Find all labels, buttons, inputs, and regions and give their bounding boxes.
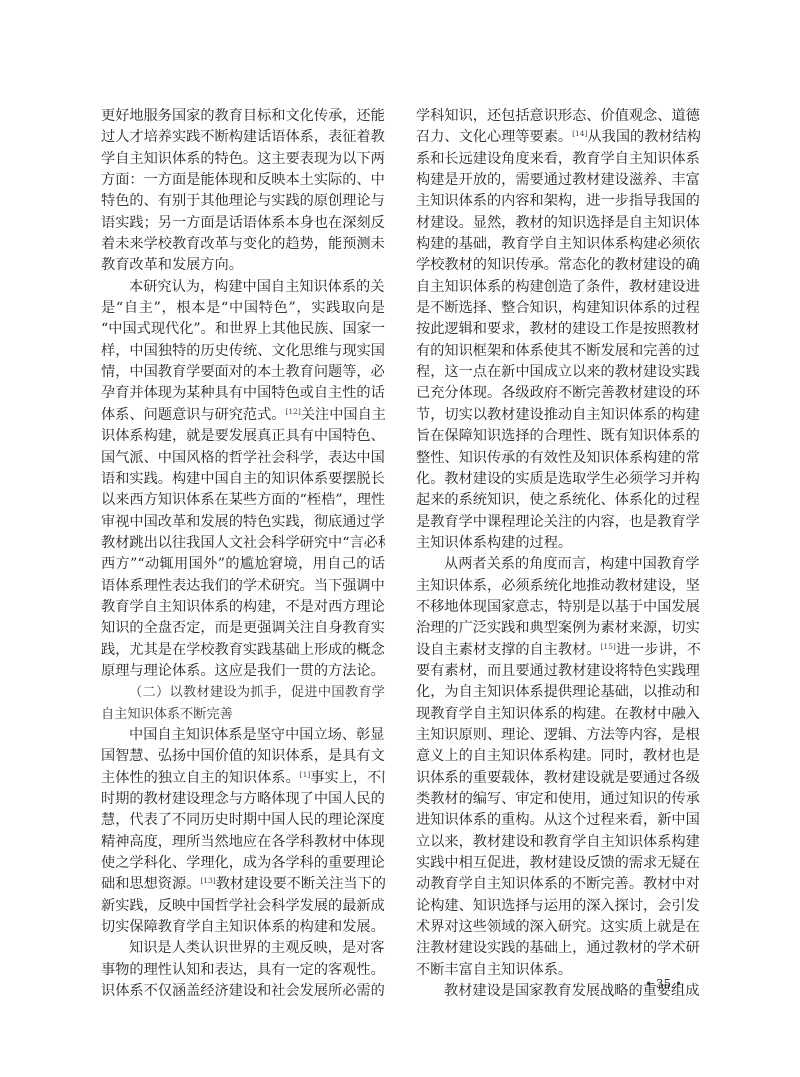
line-text: 更好地服务国家的教育目标和文化传承，还能通 xyxy=(101,108,385,124)
line-text: 主知识原则、理论、逻辑、方法等内容，是根本 xyxy=(416,727,700,743)
line-text: 践，尤其是在学校教育实践基础上形成的概念、 xyxy=(101,642,385,658)
line-text: 国气派、中国风格的哲学社会科学，表达中国话 xyxy=(101,450,385,466)
line-text: 着未来学校教育改革与变化的趋势，能预测未来 xyxy=(101,236,385,252)
line-text: 事物的理性认知和表达，具有一定的客观性。知 xyxy=(101,962,385,978)
text-line: 动教育学自主知识体系的不断完善。教材中对理 xyxy=(416,874,700,895)
text-line: 程，这一点在新中国成立以来的教材建设实践中 xyxy=(416,362,700,383)
line-text: 是不断选择、整合知识，构建知识体系的过程。 xyxy=(416,300,700,316)
line-text: 按此逻辑和要求，教材的建设工作是按照教材既 xyxy=(416,321,700,337)
line-text: 旨在保障知识选择的合理性、既有知识体系的完 xyxy=(416,428,700,444)
line-text: 实践中相互促进，教材建设反馈的需求无疑在推 xyxy=(416,855,700,871)
line-text: 础和思想资源。 xyxy=(101,876,200,892)
line-text: 国智慧、弘扬中国价值的知识体系，是具有文化 xyxy=(101,748,385,764)
text-line: 现教育学自主知识体系的构建。在教材中融入自 xyxy=(416,704,700,725)
line-text: 语实践；另一方面是话语体系本身也在深刻反映 xyxy=(101,215,385,231)
line-text: 语体系理性表达我们的学术研究。当下强调中国 xyxy=(101,578,385,594)
text-line: 时期的教材建设理念与方略体现了中国人民的智 xyxy=(101,789,385,810)
line-text: 识体系的重要载体，教材建设就是要通过各级各 xyxy=(416,770,700,786)
line-text: 构建是开放的，需要通过教材建设滋养、丰富自 xyxy=(416,172,700,188)
line-text: 新实践，反映中国哲学社会科学发展的最新成果， xyxy=(101,898,385,914)
text-line: 识体系不仅涵盖经济建设和社会发展所必需的各 xyxy=(101,981,385,1002)
text-line: 是教育学中课程理论关注的内容，也是教育学自 xyxy=(416,512,700,533)
text-line: 类教材的编写、审定和使用，通过知识的传承促 xyxy=(416,789,700,810)
line-text: 要有素材，而且要通过教材建设将特色实践理论 xyxy=(416,663,700,679)
citation-marker: [14] xyxy=(572,129,587,138)
line-text: 术界对这些领域的深入研究。这实质上就是在关 xyxy=(416,919,700,935)
line-text: 自主知识体系的构建创造了条件，教材建设进程 xyxy=(416,279,700,295)
text-line: 材建设。显然，教材的知识选择是自主知识体系 xyxy=(416,213,700,234)
text-line: 以来西方知识体系在某些方面的“桎梏”，理性 xyxy=(101,490,385,511)
text-line: 识体系的重要载体，教材建设就是要通过各级各 xyxy=(416,768,700,789)
text-line: “中国式现代化”。和世界上其他民族、国家一 xyxy=(101,319,385,340)
line-text: 整性、知识传承的有效性及知识体系构建的常态 xyxy=(416,450,700,466)
line-text: 学科知识，还包括意识形态、价值观念、道德感 xyxy=(416,108,700,124)
line-text: 方面：一方面是能体现和反映本土实际的、中国 xyxy=(101,172,385,188)
text-line: 学校教材的知识传承。常态化的教材建设的确为 xyxy=(416,255,700,276)
line-text: 起来的系统知识，使之系统化、体系化的过程， xyxy=(416,492,700,508)
text-line: 教材跳出以往我国人文社会科学研究中“言必称 xyxy=(101,533,385,554)
line-text: 教育学自主知识体系的构建，不是对西方理论和 xyxy=(101,599,385,615)
page-number: • 35 • xyxy=(645,977,682,991)
text-line: 特色的、有别于其他理论与实践的原创理论与话 xyxy=(101,191,385,212)
line-text: 动教育学自主知识体系的不断完善。教材中对理 xyxy=(416,876,700,892)
line-text: 知识是人类认识世界的主观反映，是对客观 xyxy=(129,940,385,956)
line-text: 主知识体系，必须系统化地推动教材建设，坚定 xyxy=(416,578,700,594)
line-text: 学校教材的知识传承。常态化的教材建设的确为 xyxy=(416,257,700,273)
line-text: 原理与理论体系。这应是我们一贯的方法论。 xyxy=(101,663,385,679)
text-line: 设自主素材支撑的自主教材。[15]进一步讲，不仅 xyxy=(416,640,700,661)
line-text: 意义上的自主知识体系构建。同时，教材也是知 xyxy=(416,748,700,764)
line-text: 精神高度，理所当然地应在各学科教材中体现， xyxy=(101,834,385,850)
text-line: 是不断选择、整合知识，构建知识体系的过程。 xyxy=(416,298,700,319)
text-line: 方面：一方面是能体现和反映本土实际的、中国 xyxy=(101,170,385,191)
line-text-continued: 事实上，不同 xyxy=(310,770,385,786)
line-text: 特色的、有别于其他理论与实践的原创理论与话 xyxy=(101,193,385,209)
line-text: 主体性的独立自主的知识体系。 xyxy=(101,770,300,786)
section-heading-line: （二）以教材建设为抓手，促进中国教育学 xyxy=(101,682,385,703)
text-line: 使之学科化、学理化，成为各学科的重要理论基 xyxy=(101,853,385,874)
text-line: 慧，代表了不同历史时期中国人民的理论深度和 xyxy=(101,810,385,831)
line-text-continued: 关注中国自主知 xyxy=(301,407,385,423)
line-text: 召力、文化心理等要素。 xyxy=(416,129,572,145)
text-line: 主知识体系，必须系统化地推动教材建设，坚定 xyxy=(416,576,700,597)
line-text: 切实保障教育学自主知识体系的构建和发展。 xyxy=(101,919,385,935)
text-line: 从两者关系的角度而言，构建中国教育学自 xyxy=(416,554,700,575)
line-text: 进知识体系的重构。从这个过程来看，新中国成 xyxy=(416,812,700,828)
text-line: 情，中国教育学要面对的本土教育问题等，必然 xyxy=(101,362,385,383)
line-text: 已充分体现。各级政府不断完善教材建设的环 xyxy=(416,385,700,401)
text-line: 更好地服务国家的教育目标和文化传承，还能通 xyxy=(101,106,385,127)
text-line: 旨在保障知识选择的合理性、既有知识体系的完 xyxy=(416,426,700,447)
line-text: 时期的教材建设理念与方略体现了中国人民的智 xyxy=(101,791,385,807)
line-text: 从两者关系的角度而言，构建中国教育学自 xyxy=(444,556,700,572)
citation-marker: [1] xyxy=(300,770,311,779)
text-line: 础和思想资源。[13]教材建设要不断关注当下的最 xyxy=(101,874,385,895)
line-text: 不移地体现国家意志，特别是以基于中国发展与 xyxy=(416,599,700,615)
line-text: 论构建、知识选择与运用的深入探讨，会引发学 xyxy=(416,898,700,914)
text-line: 国智慧、弘扬中国价值的知识体系，是具有文化 xyxy=(101,746,385,767)
line-text: 教育改革和发展方向。 xyxy=(101,257,243,273)
text-line: 论构建、知识选择与运用的深入探讨，会引发学 xyxy=(416,896,700,917)
text-line: 切实保障教育学自主知识体系的构建和发展。 xyxy=(101,917,385,938)
line-text: 本研究认为，构建中国自主知识体系的关键 xyxy=(129,279,385,295)
line-text: 注教材建设实践的基础上，通过教材的学术研究 xyxy=(416,940,700,956)
line-text: 孕育并体现为某种具有中国特色或自主性的话语 xyxy=(101,385,385,401)
line-text: 节，切实以教材建设推动自主知识体系的构建， xyxy=(416,407,700,423)
text-line: 着未来学校教育改革与变化的趋势，能预测未来 xyxy=(101,234,385,255)
line-text: 材建设。显然，教材的知识选择是自主知识体系 xyxy=(416,215,700,231)
text-line: 意义上的自主知识体系构建。同时，教材也是知 xyxy=(416,746,700,767)
line-text: “中国式现代化”。和世界上其他民族、国家一 xyxy=(101,321,385,337)
line-text: 有的知识框架和体系使其不断发展和完善的过 xyxy=(416,343,700,359)
text-line: 起来的系统知识，使之系统化、体系化的过程， xyxy=(416,490,700,511)
text-line: 审视中国改革和发展的特色实践，彻底通过学校 xyxy=(101,512,385,533)
text-line: 学自主知识体系的特色。这主要表现为以下两个 xyxy=(101,149,385,170)
text-line: 学科知识，还包括意识形态、价值观念、道德感 xyxy=(416,106,700,127)
line-text: （二）以教材建设为抓手，促进中国教育学 xyxy=(129,685,385,700)
line-text: 识体系构建，就是要发展真正具有中国特色、中 xyxy=(101,428,385,444)
line-text: 中国自主知识体系是坚守中国立场、彰显中 xyxy=(129,727,385,743)
text-line: 构建的基础，教育学自主知识体系构建必须依赖 xyxy=(416,234,700,255)
line-text: 识体系不仅涵盖经济建设和社会发展所必需的各 xyxy=(101,983,385,999)
text-line: 主知识体系构建的过程。 xyxy=(416,533,700,554)
text-line: 主知识原则、理论、逻辑、方法等内容，是根本 xyxy=(416,725,700,746)
text-line: 构建是开放的，需要通过教材建设滋养、丰富自 xyxy=(416,170,700,191)
line-text: 主知识体系的内容和架构，进一步指导我国的教 xyxy=(416,193,700,209)
text-line: 不移地体现国家意志，特别是以基于中国发展与 xyxy=(416,597,700,618)
citation-marker: [13] xyxy=(200,876,215,885)
text-line: 国气派、中国风格的哲学社会科学，表达中国话 xyxy=(101,448,385,469)
line-text: 治理的广泛实践和典型案例为素材来源，切实建 xyxy=(416,620,700,636)
line-text: 设自主素材支撑的自主教材。 xyxy=(416,642,600,658)
line-text: 主知识体系构建的过程。 xyxy=(416,535,572,551)
text-line: 治理的广泛实践和典型案例为素材来源，切实建 xyxy=(416,618,700,639)
text-line: 教育改革和发展方向。 xyxy=(101,255,385,276)
text-line: 识体系构建，就是要发展真正具有中国特色、中 xyxy=(101,426,385,447)
text-line: 要有素材，而且要通过教材建设将特色实践理论 xyxy=(416,661,700,682)
text-line: 系和长远建设角度来看，教育学自主知识体系的 xyxy=(416,149,700,170)
line-text: 使之学科化、学理化，成为各学科的重要理论基 xyxy=(101,855,385,871)
line-text: 化，为自主知识体系提供理论基础，以推动和实 xyxy=(416,684,700,700)
line-text: 情，中国教育学要面对的本土教育问题等，必然 xyxy=(101,364,385,380)
right-text-column: 学科知识，还包括意识形态、价值观念、道德感召力、文化心理等要素。[14]从我国的… xyxy=(416,106,700,1002)
line-text: 类教材的编写、审定和使用，通过知识的传承促 xyxy=(416,791,700,807)
text-line: 召力、文化心理等要素。[14]从我国的教材结构体 xyxy=(416,127,700,148)
line-text: 慧，代表了不同历史时期中国人民的理论深度和 xyxy=(101,812,385,828)
text-line: 整性、知识传承的有效性及知识体系构建的常态 xyxy=(416,448,700,469)
text-line: 西方”“动辄用国外”的尴尬窘境，用自己的话 xyxy=(101,554,385,575)
line-text: 系和长远建设角度来看，教育学自主知识体系的 xyxy=(416,151,700,167)
text-line: 化，为自主知识体系提供理论基础，以推动和实 xyxy=(416,682,700,703)
text-line: 主知识体系的内容和架构，进一步指导我国的教 xyxy=(416,191,700,212)
section-heading-line: 自主知识体系不断完善 xyxy=(101,704,385,725)
text-line: 新实践，反映中国哲学社会科学发展的最新成果， xyxy=(101,896,385,917)
line-text: 化。教材建设的实质是选取学生必须学习并构建 xyxy=(416,471,700,487)
text-line: 过人才培养实践不断构建话语体系，表征着教育 xyxy=(101,127,385,148)
text-line: 语和实践。构建中国自主的知识体系要摆脱长期 xyxy=(101,469,385,490)
text-line: 语体系理性表达我们的学术研究。当下强调中国 xyxy=(101,576,385,597)
line-text: 教材跳出以往我国人文社会科学研究中“言必称 xyxy=(101,535,385,551)
line-text: 知识的全盘否定，而是更强调关注自身教育实 xyxy=(101,620,385,636)
line-text: 立以来，教材建设和教育学自主知识体系构建在 xyxy=(416,834,700,850)
text-line: 有的知识框架和体系使其不断发展和完善的过 xyxy=(416,341,700,362)
text-line: 已充分体现。各级政府不断完善教材建设的环 xyxy=(416,383,700,404)
text-line: 按此逻辑和要求，教材的建设工作是按照教材既 xyxy=(416,319,700,340)
text-line: 孕育并体现为某种具有中国特色或自主性的话语 xyxy=(101,383,385,404)
line-text: 样，中国独特的历史传统、文化思维与现实国 xyxy=(101,343,385,359)
text-line: 事物的理性认知和表达，具有一定的客观性。知 xyxy=(101,960,385,981)
line-text: 体系、问题意识与研究范式。 xyxy=(101,407,285,423)
text-line: 知识是人类认识世界的主观反映，是对客观 xyxy=(101,938,385,959)
text-line: 践，尤其是在学校教育实践基础上形成的概念、 xyxy=(101,640,385,661)
line-text: 构建的基础，教育学自主知识体系构建必须依赖 xyxy=(416,236,700,252)
line-text: 过人才培养实践不断构建话语体系，表征着教育 xyxy=(101,129,385,145)
text-line: 中国自主知识体系是坚守中国立场、彰显中 xyxy=(101,725,385,746)
text-line: 原理与理论体系。这应是我们一贯的方法论。 xyxy=(101,661,385,682)
text-line: 主体性的独立自主的知识体系。[1]事实上，不同 xyxy=(101,768,385,789)
line-text-continued: 从我国的教材结构体 xyxy=(587,129,700,145)
text-line: 语实践；另一方面是话语体系本身也在深刻反映 xyxy=(101,213,385,234)
line-text: 西方”“动辄用国外”的尴尬窘境，用自己的话 xyxy=(101,556,385,572)
text-line: 体系、问题意识与研究范式。[12]关注中国自主知 xyxy=(101,405,385,426)
line-text: 审视中国改革和发展的特色实践，彻底通过学校 xyxy=(101,514,385,530)
line-text: 自主知识体系不断完善 xyxy=(101,707,233,722)
line-text: 程，这一点在新中国成立以来的教材建设实践中 xyxy=(416,364,700,380)
line-text: 学自主知识体系的特色。这主要表现为以下两个 xyxy=(101,151,385,167)
text-line: 立以来，教材建设和教育学自主知识体系构建在 xyxy=(416,832,700,853)
line-text: 语和实践。构建中国自主的知识体系要摆脱长期 xyxy=(101,471,385,487)
citation-marker: [15] xyxy=(600,642,615,651)
line-text-continued: 进一步讲，不仅 xyxy=(616,642,700,658)
text-line: 精神高度，理所当然地应在各学科教材中体现， xyxy=(101,832,385,853)
text-line: 教育学自主知识体系的构建，不是对西方理论和 xyxy=(101,597,385,618)
citation-marker: [12] xyxy=(285,407,300,416)
text-line: 进知识体系的重构。从这个过程来看，新中国成 xyxy=(416,810,700,831)
text-line: 术界对这些领域的深入研究。这实质上就是在关 xyxy=(416,917,700,938)
text-line: 知识的全盘否定，而是更强调关注自身教育实 xyxy=(101,618,385,639)
line-text: 是“自主”，根本是“中国特色”，实践取向是 xyxy=(101,300,385,316)
text-line: 注教材建设实践的基础上，通过教材的学术研究 xyxy=(416,938,700,959)
line-text: 以来西方知识体系在某些方面的“桎梏”，理性 xyxy=(101,492,385,508)
text-line: 节，切实以教材建设推动自主知识体系的构建， xyxy=(416,405,700,426)
text-line: 本研究认为，构建中国自主知识体系的关键 xyxy=(101,277,385,298)
line-text-continued: 教材建设要不断关注当下的最 xyxy=(216,876,385,892)
text-line: 实践中相互促进，教材建设反馈的需求无疑在推 xyxy=(416,853,700,874)
line-text: 是教育学中课程理论关注的内容，也是教育学自 xyxy=(416,514,700,530)
line-text: 现教育学自主知识体系的构建。在教材中融入自 xyxy=(416,706,700,722)
text-line: 样，中国独特的历史传统、文化思维与现实国 xyxy=(101,341,385,362)
left-text-column: 更好地服务国家的教育目标和文化传承，还能通过人才培养实践不断构建话语体系，表征着… xyxy=(101,106,385,1002)
text-line: 是“自主”，根本是“中国特色”，实践取向是 xyxy=(101,298,385,319)
text-line: 自主知识体系的构建创造了条件，教材建设进程 xyxy=(416,277,700,298)
line-text: 不断丰富自主知识体系。 xyxy=(416,962,572,978)
text-line: 化。教材建设的实质是选取学生必须学习并构建 xyxy=(416,469,700,490)
